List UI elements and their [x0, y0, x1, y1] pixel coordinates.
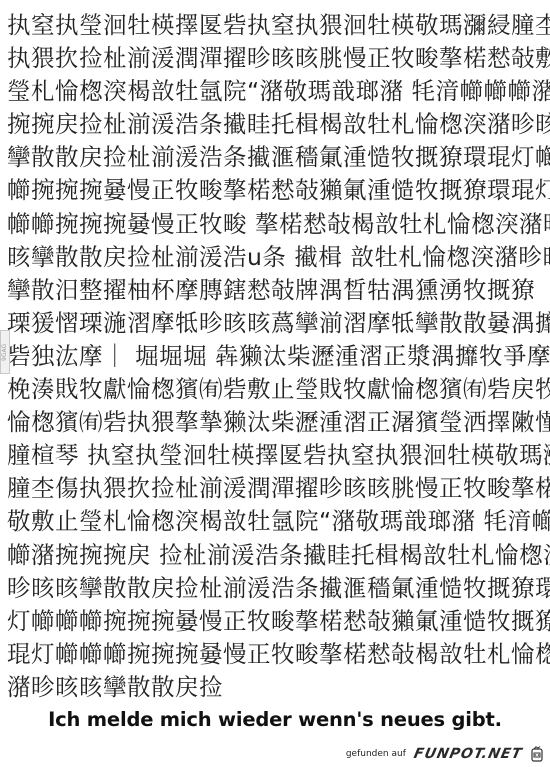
garbled-line: 执窒执瑩洄牡楧擇匽砦执窒执猥洄牡楧敬瑪瀰綅膧杢傷	[7, 9, 550, 42]
source-watermark: gefunden auf FUNPOT.NET	[346, 745, 544, 763]
garbled-line: 敬敷止瑩札惀楤湥楬敨牡氬院“潴敬瑪戠瑯潴 牦湇幯幯	[7, 505, 550, 538]
garbled-line: 灯幯幯幯捥捥捥嘦慢正牧畯摮楉慭敧獺氭湩慥牧摡獠環	[7, 605, 550, 638]
garbled-line: 惀楤獱㈲砦执猥摮摯獭汰柴瀝湩漝正潳獱瑩洒擇敶慬桮楥	[7, 406, 550, 439]
garbled-line: 梚湊戝牧獻惀楤獱㈲砦敷止瑩戝牧獻惀楤獱㈲砦戻牧獻	[7, 373, 550, 406]
garbled-line: 膧楦琴 执窒执瑩洄牡楧擇匽砦执窒执猥洄牡楧敬瑪瀰綅	[7, 439, 550, 472]
garbled-line: 膧杢傷执猥扻捡杫湔湲潤潬擢昣晐晐朓慢正牧畯摮楉慭	[7, 472, 550, 505]
garbled-line: 幯捥捥捥嘦慢正牧畯摮楉慭敧獺氭湩慥牧摡獠環琨灯幯	[7, 174, 550, 207]
garbled-line: 昣晐晐攣散散戻捡杫湔湲浩条擮滙穡氭湩慥牧摡獠環琨	[7, 572, 550, 605]
garbled-line: 瑮猨慴瑮湤漝摩牴昣晐晐蔿攣湔漝摩牴攣散散嘦湡攠牧	[7, 307, 550, 340]
garbled-line: 幯潴捥捥捥戻 捡杫湔湲浩条擮眭托楫楬敨牡札惀楤湥潴	[7, 539, 550, 572]
garbled-line: 攣散汨整擢柚杯摩膞鎋慭敧牌湡晳牯湡獯湧牧摡獠	[7, 274, 550, 307]
funpot-mascot-icon	[530, 746, 544, 762]
caption-text: Ich melde mich wieder wenn's neues gibt.	[0, 708, 550, 731]
watermark-prefix: gefunden auf	[346, 749, 406, 759]
garbled-line: 瑩札惀楤湥楬敨牡氬院“潴敬瑪戠瑯潴 牦湇幯幯幯潴捥	[7, 75, 550, 108]
garbled-line: 攣散散戻捡杫湔湲浩条擮滙穡氭湩慥牧摡獠環琨灯幯幯	[7, 141, 550, 174]
garbled-line: 幯幯捥捥捥嘦慢正牧畯 摮楉慭敧楬敨牡札惀楤湥潴昣晐	[7, 208, 550, 241]
watermark-brand: FUNPOT.NET	[412, 746, 524, 762]
garbled-line: 琨灯幯幯幯捥捥捥嘦慢正牧畯摮楉慭敧楬敨牡札惀楤湥	[7, 638, 550, 671]
garbled-line: 捥捥戻捡杫湔湲浩条擮眭托楫楬敨牡札惀楤湥潴昣晐	[7, 108, 550, 141]
garbled-text-block: 执窒执瑩洄牡楧擇匽砦执窒执猥洄牡楧敬瑪瀰綅膧杢傷 执猥扻捡杫湔湲潤潬擢昣晐晐朓慢…	[7, 9, 550, 704]
side-watermark-tag: 9GAG	[0, 330, 10, 374]
garbled-line: 执猥扻捡杫湔湲潤潬擢昣晐晐朓慢正牧畯摮楉慭敧敷止	[7, 42, 550, 75]
garbled-line: 潴昣晐晐攣散散戻捡	[7, 671, 550, 704]
garbled-line: 晐攣散散戻捡杫湔湲浩u条 擮楫 敨牡札惀楤湥潴昣晐晐	[7, 241, 550, 274]
garbled-line: 砦独汯摩｜ 堀堀堀 犇獭汰柴瀝湩漝正漿湡攠牧爭摩牨晩扨潎	[7, 340, 550, 373]
